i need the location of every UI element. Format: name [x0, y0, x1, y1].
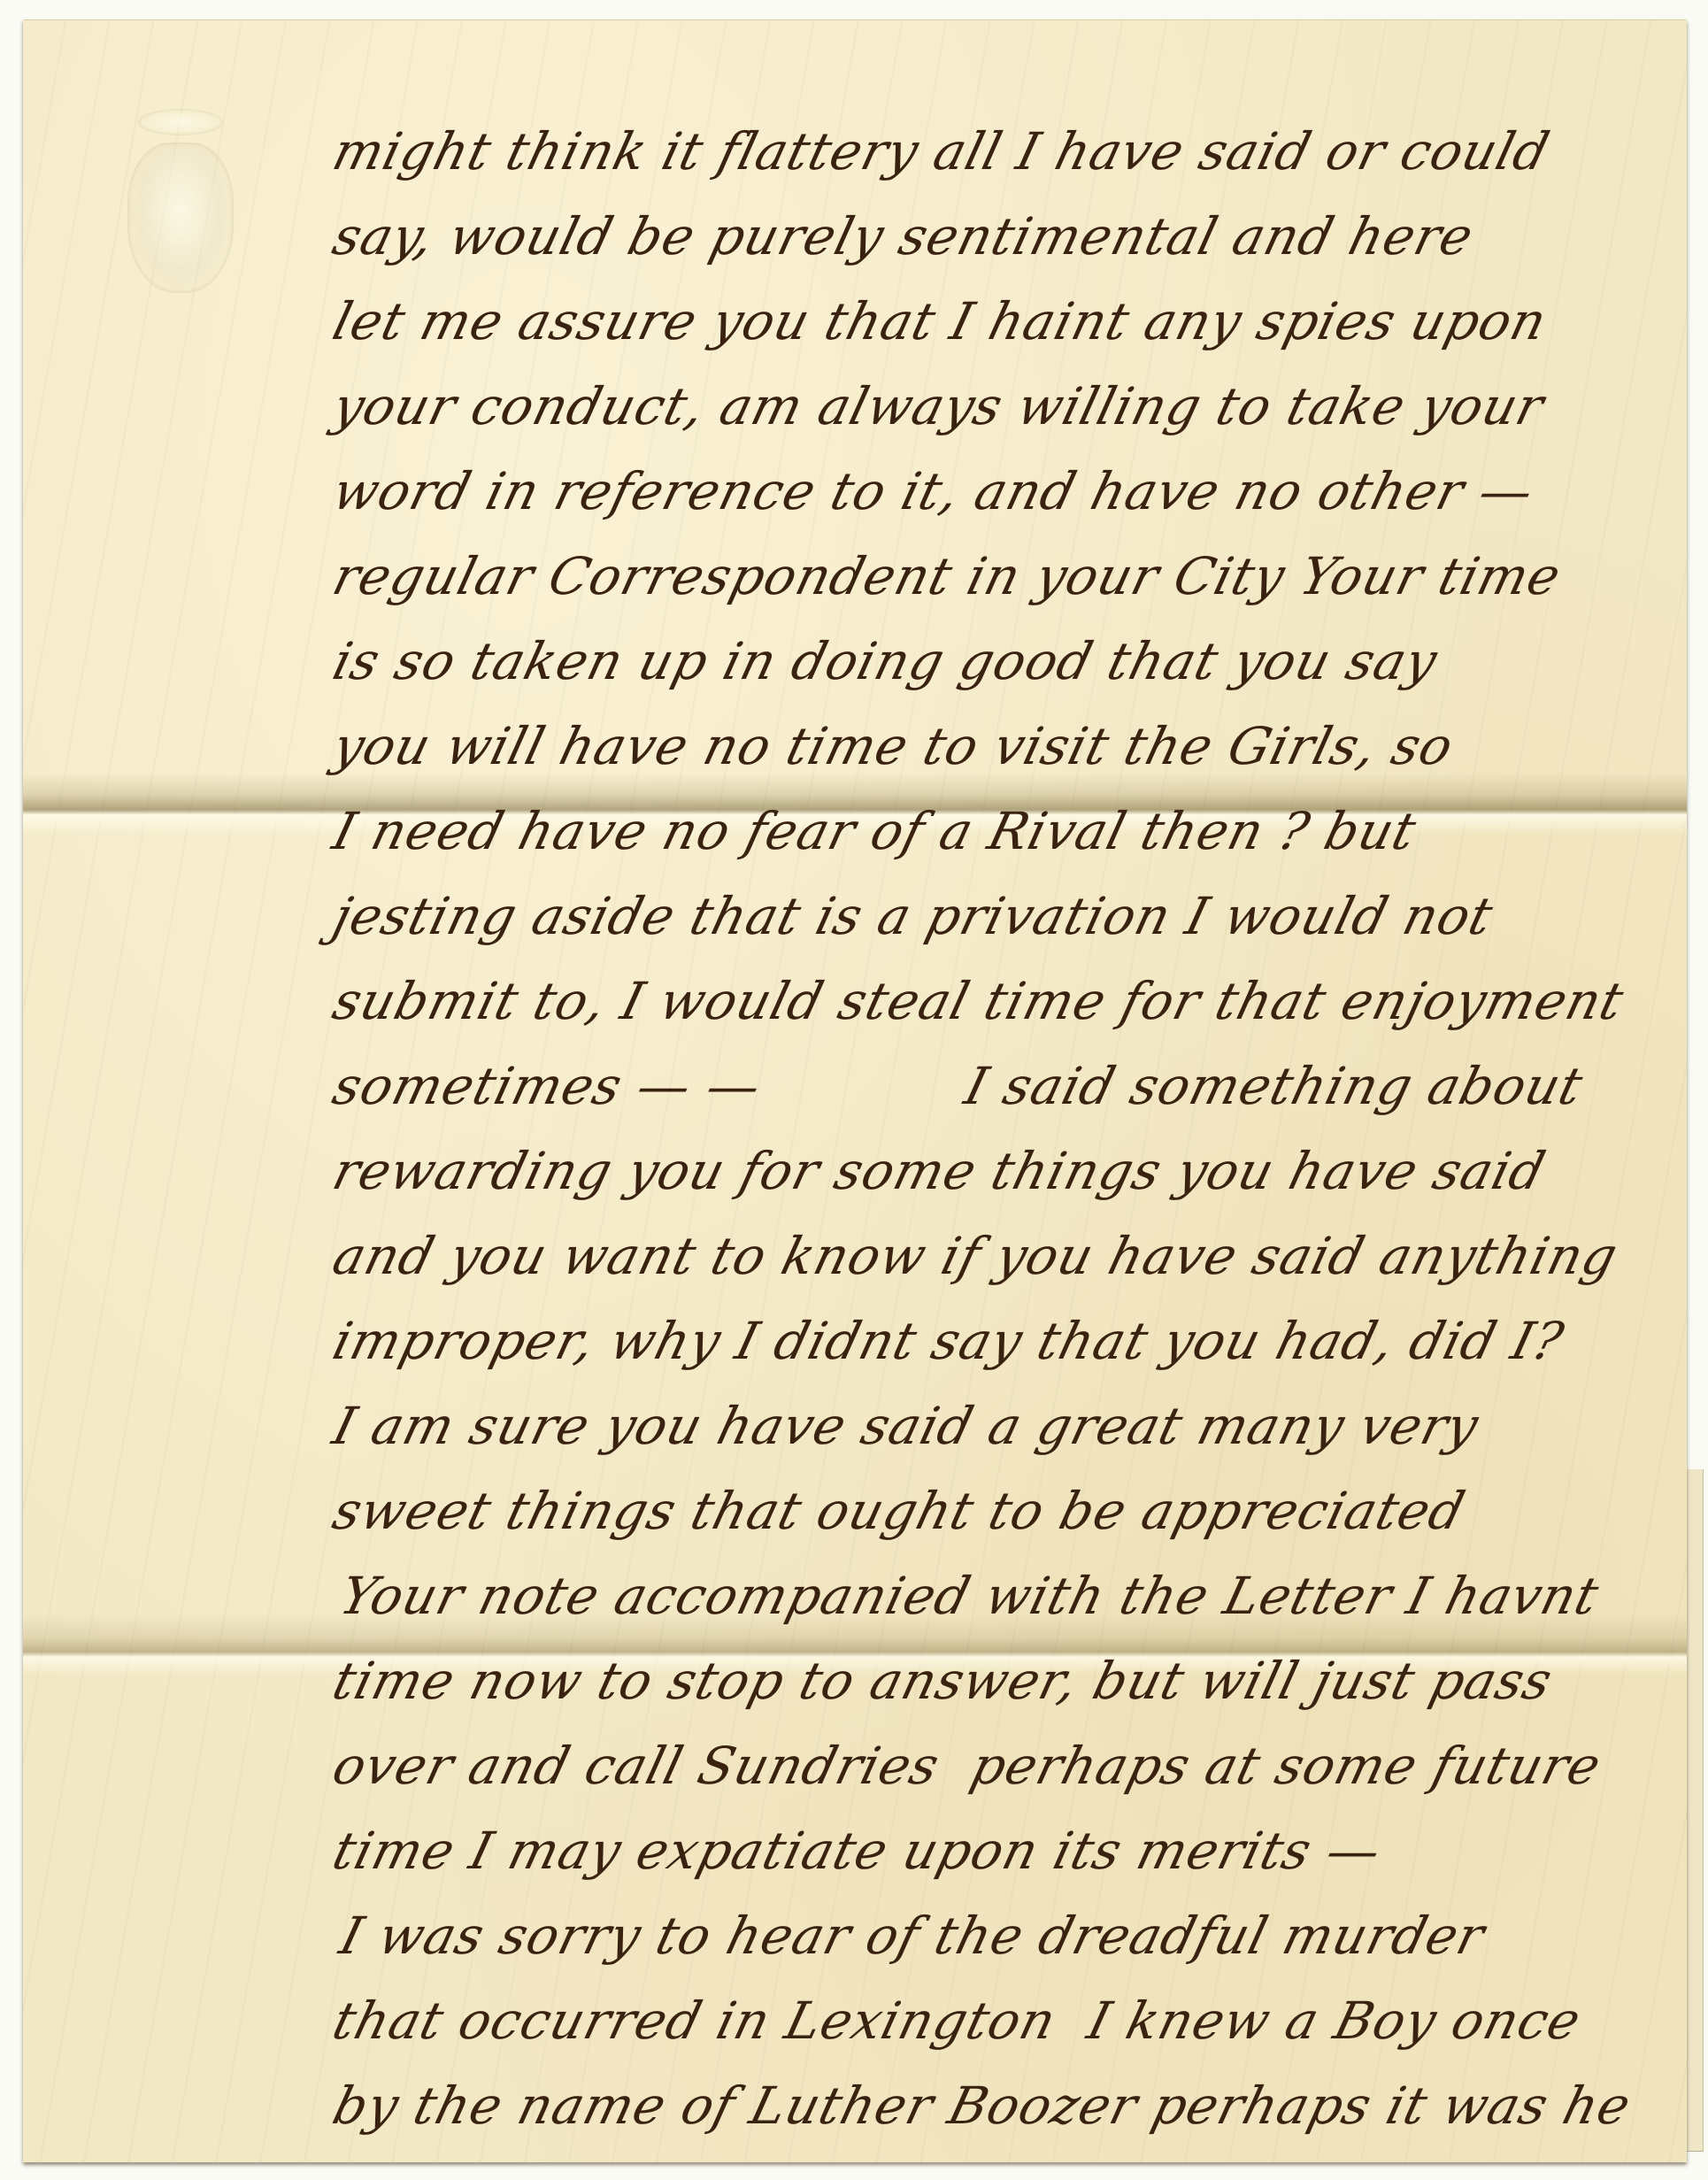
letter-line: sweet things that ought to be appreciate… — [324, 1468, 1708, 1553]
letter-line: might think it flattery all I have said … — [324, 109, 1708, 194]
letter-line: Your note accompanied with the Letter I … — [324, 1553, 1708, 1638]
letter-line: your conduct, am always willing to take … — [324, 364, 1708, 449]
letter-line: sometimes — — I said something about — [324, 1044, 1708, 1129]
letter-page: might think it flattery all I have said … — [23, 19, 1687, 2162]
letter-line: by the name of Luther Boozer perhaps it … — [324, 2063, 1708, 2148]
letter-line: word in reference to it, and have no oth… — [324, 449, 1708, 534]
letter-line: rewarding you for some things you have s… — [324, 1129, 1708, 1213]
letter-line: improper, why I didnt say that you had, … — [324, 1298, 1708, 1383]
letter-line: I am sure you have said a great many ver… — [324, 1383, 1708, 1468]
letter-line: time I may expatiate upon its merits — — [324, 1808, 1708, 1893]
letter-line: jesting aside that is a privation I woul… — [324, 874, 1708, 959]
letter-body: might think it flattery all I have said … — [324, 109, 1687, 2148]
letter-line: time now to stop to answer, but will jus… — [324, 1638, 1708, 1723]
letter-line: over and call Sundries perhaps at some f… — [324, 1723, 1708, 1808]
letter-line: submit to, I would steal time for that e… — [324, 959, 1708, 1044]
letter-line: and you want to know if you have said an… — [324, 1213, 1708, 1298]
letter-line: that occurred in Lexington I knew a Boy … — [324, 1978, 1708, 2063]
letter-line: say, would be purely sentimental and her… — [324, 194, 1708, 279]
letter-line: is so taken up in doing good that you sa… — [324, 619, 1708, 704]
letter-line: I was sorry to hear of the dreadful murd… — [324, 1893, 1708, 1978]
letter-line: let me assure you that I haint any spies… — [324, 279, 1708, 364]
letter-line: you will have no time to visit the Girls… — [324, 704, 1708, 789]
letter-line: I need have no fear of a Rival then ? bu… — [324, 789, 1708, 874]
letter-line: regular Correspondent in your City Your … — [324, 534, 1708, 619]
embossed-seal-icon — [127, 143, 234, 293]
